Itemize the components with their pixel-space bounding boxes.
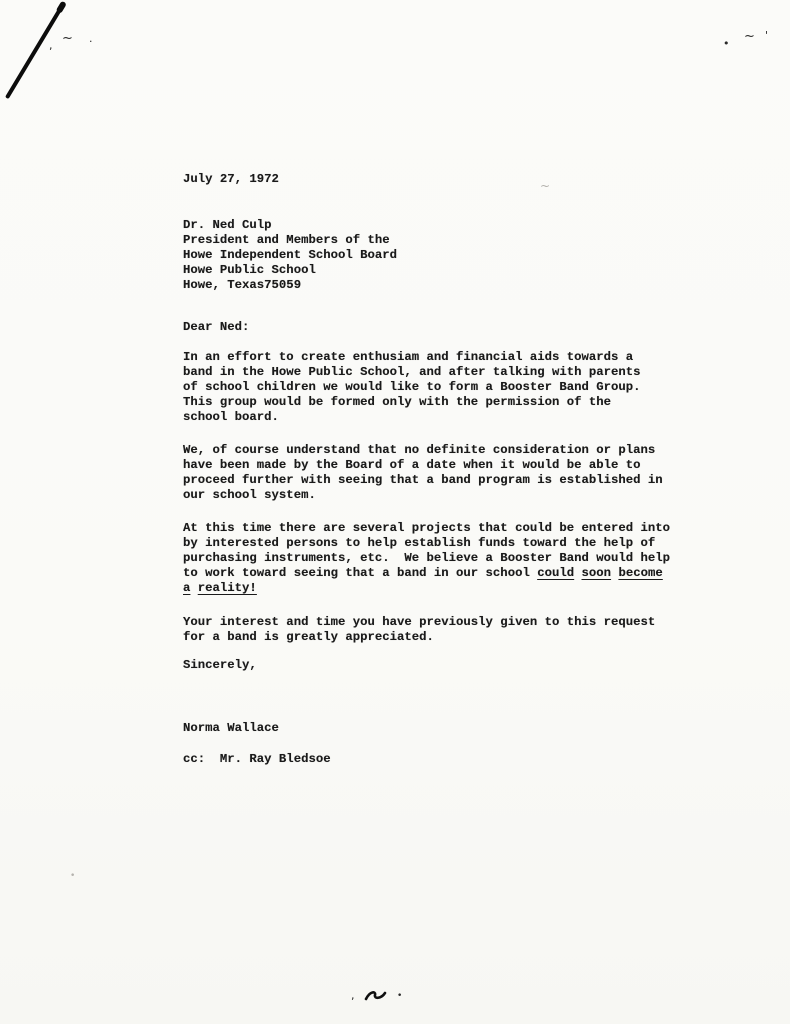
text-line: have been made by the Board of a date wh… bbox=[183, 458, 728, 473]
text-line: school board. bbox=[183, 410, 728, 425]
scanned-letter-page: , ~ · ~ • ~ ' • , • July 27, 1972 Dr. Ne… bbox=[0, 0, 790, 1024]
scan-speck-bottom-comma: , bbox=[351, 990, 355, 1001]
body-paragraph-4: Your interest and time you have previous… bbox=[183, 615, 728, 645]
text-line: by interested persons to help establish … bbox=[183, 536, 728, 551]
text-line: We, of course understand that no definit… bbox=[183, 443, 728, 458]
signature-name: Norma Wallace bbox=[183, 721, 728, 736]
text-line: This group would be formed only with the… bbox=[183, 395, 728, 410]
body-paragraph-1: In an effort to create enthusiam and fin… bbox=[183, 350, 728, 425]
body-paragraph-3: At this time there are several projects … bbox=[183, 521, 728, 596]
text-line: At this time there are several projects … bbox=[183, 521, 728, 536]
scan-speck-topright-tick: ' bbox=[765, 30, 768, 41]
recipient-address: Dr. Ned CulpPresident and Members of the… bbox=[183, 218, 728, 293]
scan-speck-topleft-comma: , bbox=[49, 40, 53, 51]
text-line: President and Members of the bbox=[183, 233, 728, 248]
date-line: July 27, 1972 bbox=[183, 172, 728, 187]
scan-speck-topright-tilde: ~ bbox=[744, 30, 755, 43]
text-line: proceed further with seeing that a band … bbox=[183, 473, 728, 488]
text-line: In an effort to create enthusiam and fin… bbox=[183, 350, 728, 365]
text-line: band in the Howe Public School, and afte… bbox=[183, 365, 728, 380]
body-paragraph-2: We, of course understand that no definit… bbox=[183, 443, 728, 503]
scan-speck-bottomleft: • bbox=[70, 872, 75, 881]
text-line: our school system. bbox=[183, 488, 728, 503]
scan-speck-topleft-tick: · bbox=[89, 36, 93, 47]
pen-stroke-diagonal-mark bbox=[5, 3, 65, 99]
text-line: purchasing instruments, etc. We believe … bbox=[183, 551, 728, 566]
scan-speck-bottom-dot: • bbox=[397, 992, 402, 1001]
text-line: Your interest and time you have previous… bbox=[183, 615, 728, 630]
cc-line: cc: Mr. Ray Bledsoe bbox=[183, 752, 728, 767]
text-line: to work toward seeing that a band in our… bbox=[183, 566, 728, 581]
scan-speck-topright-dot: • bbox=[723, 38, 730, 49]
text-line: Howe Independent School Board bbox=[183, 248, 728, 263]
text-line: for a band is greatly appreciated. bbox=[183, 630, 728, 645]
salutation: Dear Ned: bbox=[183, 320, 728, 335]
scan-speck-topleft-tilde: ~ bbox=[62, 32, 73, 45]
text-line: Howe Public School bbox=[183, 263, 728, 278]
text-line: Howe, Texas75059 bbox=[183, 278, 728, 293]
letter-body: July 27, 1972 Dr. Ned CulpPresident and … bbox=[183, 172, 728, 767]
text-line: of school children we would like to form… bbox=[183, 380, 728, 395]
text-line: Dr. Ned Culp bbox=[183, 218, 728, 233]
closing: Sincerely, bbox=[183, 658, 728, 673]
text-line: a reality! bbox=[183, 581, 728, 596]
pen-squiggle-bottom-mark bbox=[364, 989, 388, 1003]
